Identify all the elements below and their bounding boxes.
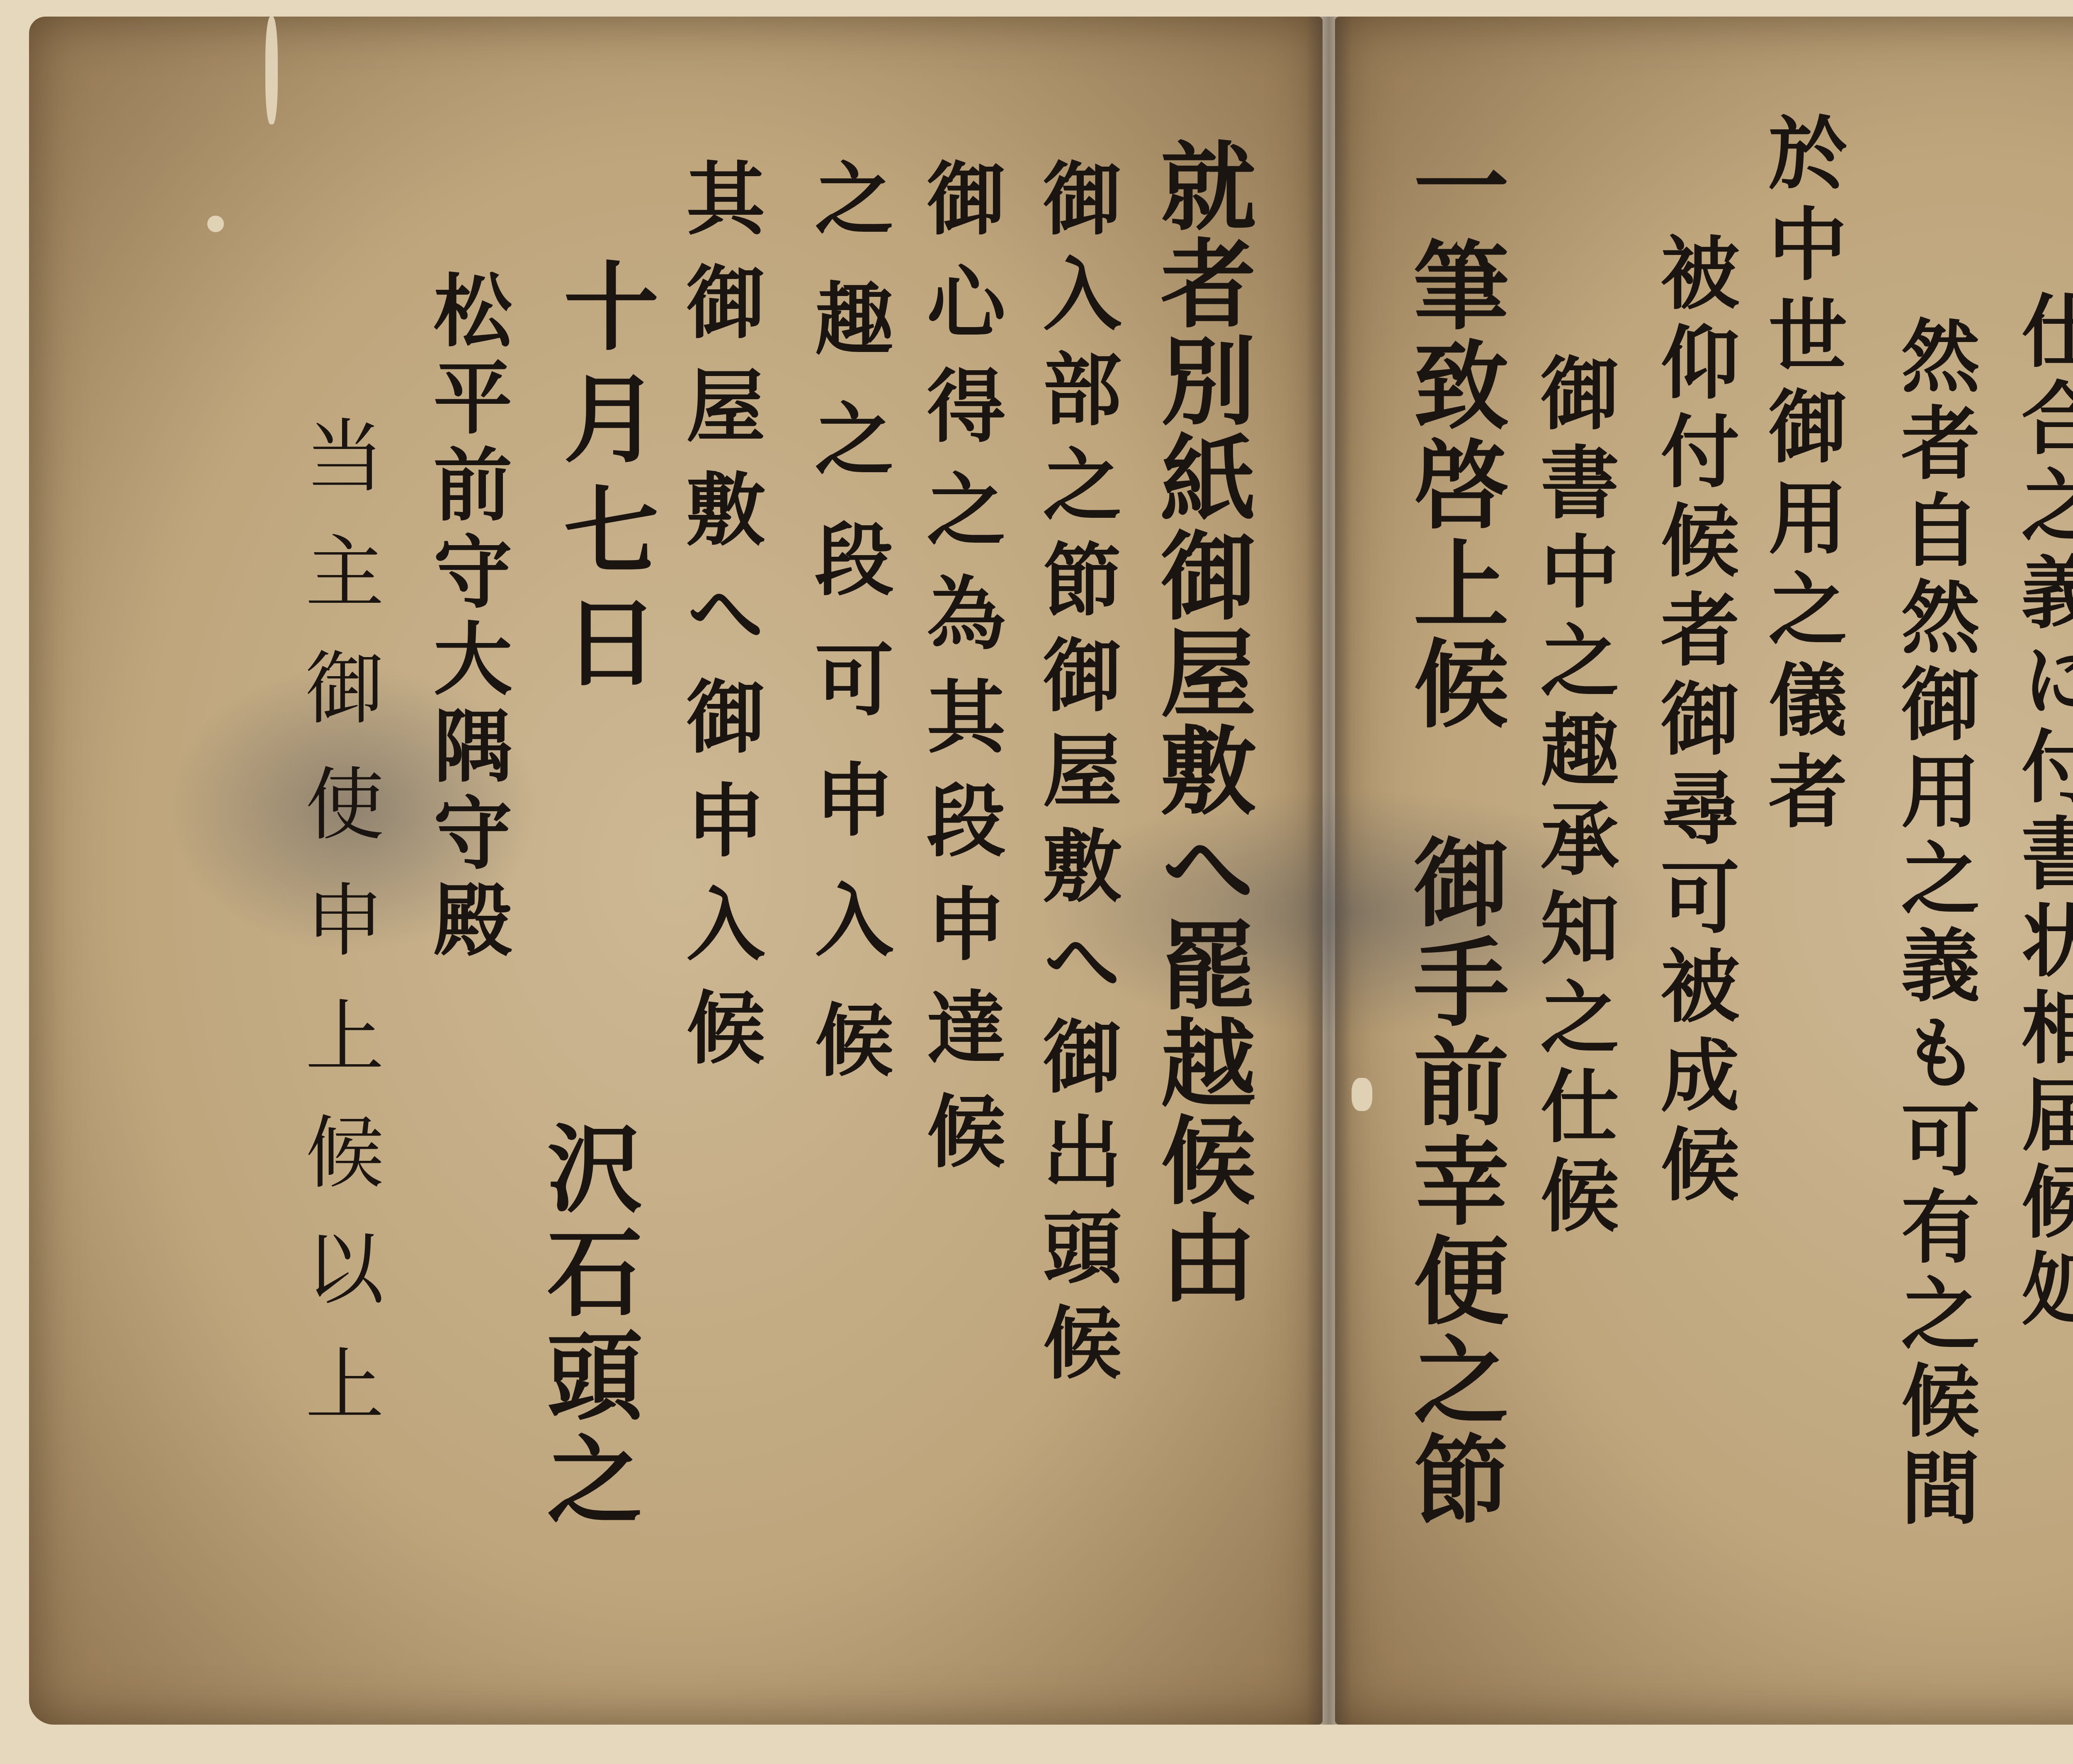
paper-tear: [265, 17, 278, 124]
text-column: 御心得之為其段申達候: [920, 158, 999, 1194]
text-column: 御書中之趣承知之仕候: [1534, 352, 1613, 1244]
paper-tear: [1352, 1078, 1372, 1111]
text-column: 当主御使申上候以上: [299, 415, 377, 1459]
text-column: 被仰付候者御尋可被成候: [1654, 232, 1733, 1213]
addressee-column: 松平前守大隅守殿: [427, 269, 506, 966]
signature-column: 沢石頭之: [539, 1119, 634, 1534]
text-column: 之趣之段可申入候: [808, 158, 887, 1119]
text-column: 然者自然御用之義も可有之候間: [1895, 315, 1973, 1534]
text-column: 於中世御用之儀者: [1762, 112, 1841, 842]
text-column: 其御屋敷へ御申入候: [680, 158, 759, 1090]
text-column: 御入部之節御屋敷へ御出頭候: [1036, 158, 1115, 1397]
text-column: 就者別紙御屋敷へ罷越候由: [1153, 137, 1248, 1306]
text-column: 一筆致啓上候 御手前幸便之節: [1405, 137, 1501, 1530]
binding-hole: [207, 216, 224, 232]
date-column: 十月七日: [556, 257, 651, 705]
text-column: 仕合之義に付書状相届候処: [2015, 290, 2073, 1335]
